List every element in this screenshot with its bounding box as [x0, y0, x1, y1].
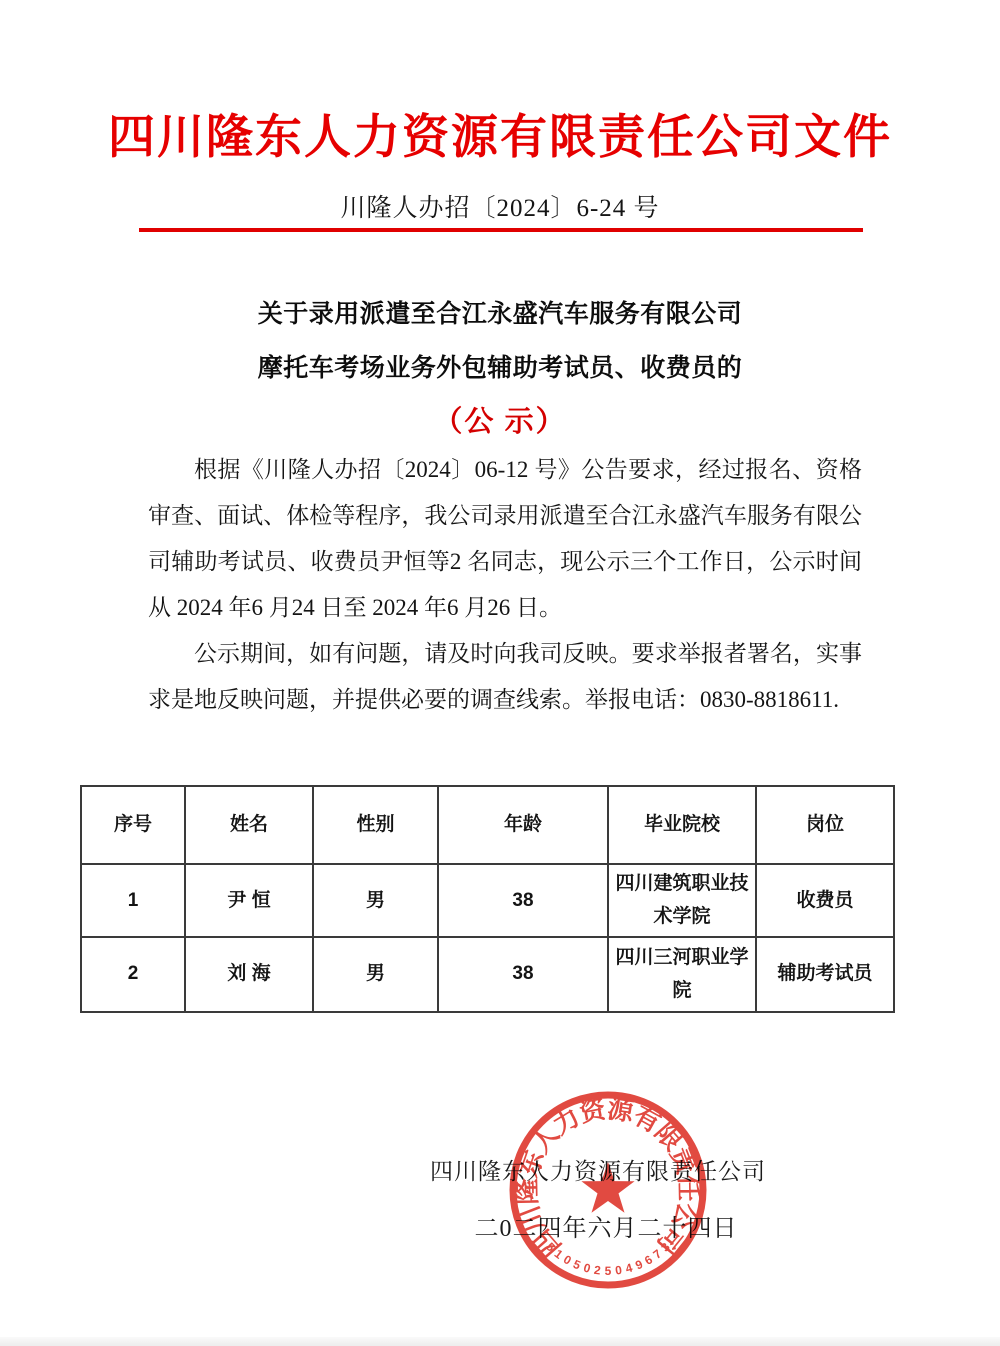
cell-name: 刘 海: [185, 937, 313, 1012]
col-header-name: 姓名: [185, 786, 313, 864]
cell-school: 四川建筑职业技术学院: [608, 864, 756, 937]
col-header-school: 毕业院校: [608, 786, 756, 864]
document-page: 四川隆东人力资源有限责任公司文件 川隆人办招〔2024〕6-24 号 关于录用派…: [0, 0, 1000, 1346]
notice-title-line2: 摩托车考场业务外包辅助考试员、收费员的: [0, 348, 1000, 384]
page-bottom-edge: [0, 1337, 1000, 1346]
cell-gender: 男: [313, 864, 438, 937]
notice-subtitle-gongshi: （公 示）: [0, 399, 1000, 440]
col-header-index: 序号: [81, 786, 185, 864]
document-header-title: 四川隆东人力资源有限责任公司文件: [0, 100, 1000, 167]
company-seal: 四川隆东人力资源有限责任公司 5105025049673: [508, 1090, 708, 1290]
cell-name: 尹 恒: [185, 864, 313, 937]
notice-title-line1: 关于录用派遣至合江永盛汽车服务有限公司: [0, 294, 1000, 330]
col-header-position: 岗位: [756, 786, 894, 864]
cell-index: 1: [81, 864, 185, 937]
body-paragraph-1: 根据《川隆人办招〔2024〕06-12 号》公告要求，经过报名、资格审查、面试、…: [148, 447, 862, 631]
body-paragraph-2: 公示期间，如有问题，请及时向我司反映。要求举报者署名，实事求是地反映问题，并提供…: [148, 631, 862, 723]
header-divider-rule: [139, 228, 863, 232]
cell-index: 2: [81, 937, 185, 1012]
candidates-table: 序号 姓名 性别 年龄 毕业院校 岗位 1 尹 恒 男 38 四川建筑职业技术学…: [80, 785, 895, 1013]
col-header-gender: 性别: [313, 786, 438, 864]
cell-position: 收费员: [756, 864, 894, 937]
cell-gender: 男: [313, 937, 438, 1012]
notice-body: 根据《川隆人办招〔2024〕06-12 号》公告要求，经过报名、资格审查、面试、…: [148, 447, 862, 723]
document-number: 川隆人办招〔2024〕6-24 号: [0, 188, 1000, 224]
table-row: 2 刘 海 男 38 四川三河职业学院 辅助考试员: [81, 937, 894, 1012]
cell-position: 辅助考试员: [756, 937, 894, 1012]
table-header-row: 序号 姓名 性别 年龄 毕业院校 岗位: [81, 786, 894, 864]
cell-age: 38: [438, 864, 608, 937]
seal-star-icon: [581, 1162, 634, 1213]
cell-age: 38: [438, 937, 608, 1012]
table-row: 1 尹 恒 男 38 四川建筑职业技术学院 收费员: [81, 864, 894, 937]
col-header-age: 年龄: [438, 786, 608, 864]
cell-school: 四川三河职业学院: [608, 937, 756, 1012]
